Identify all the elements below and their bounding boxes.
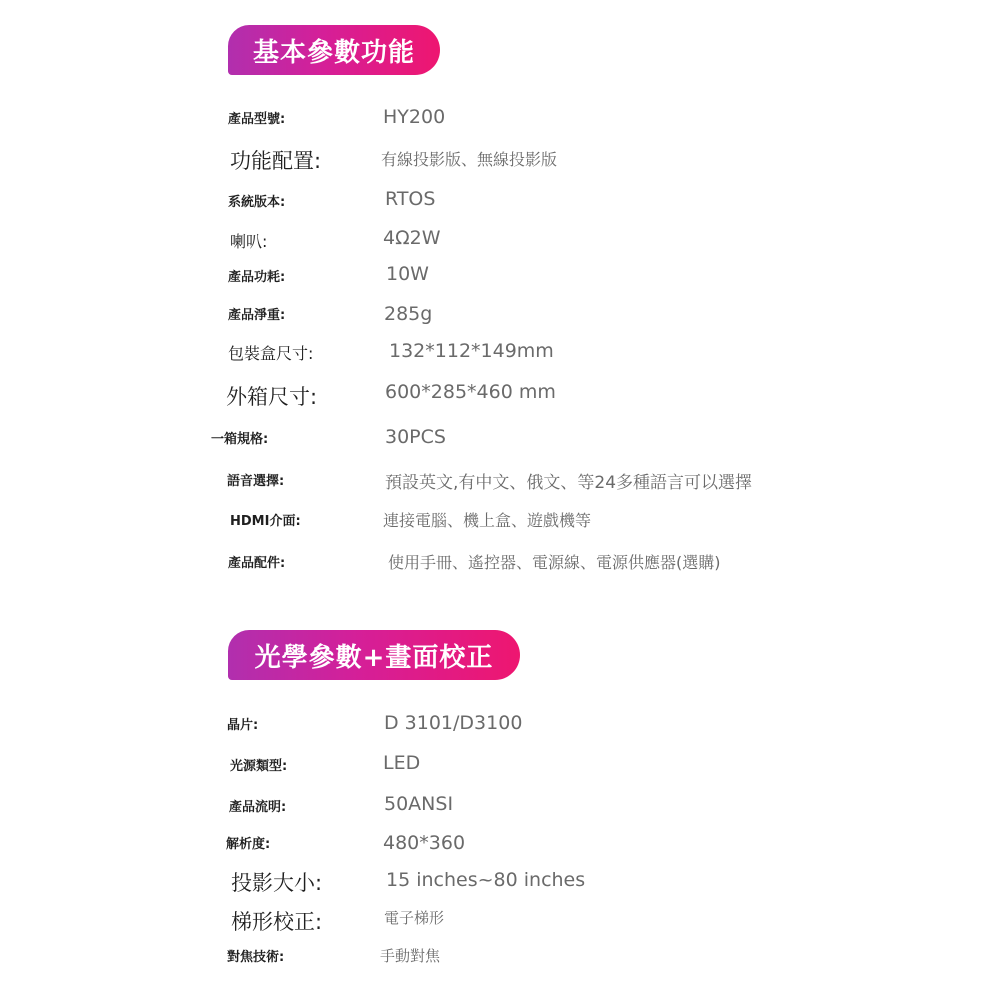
- spec-row-language: 語音選擇: 預設英文,有中文、俄文、等24多種語言可以選擇: [0, 467, 1000, 497]
- spec-row-focus: 對焦技術: 手動對焦: [0, 944, 1000, 974]
- spec-label: 外箱尺寸:: [226, 381, 317, 411]
- spec-row-power: 產品功耗: 10W: [0, 263, 1000, 293]
- spec-value: 連接電腦、機上盒、遊戲機等: [383, 508, 591, 531]
- spec-value: 132*112*149mm: [389, 340, 554, 362]
- spec-row-chip: 晶片: D 3101/D3100: [0, 712, 1000, 742]
- spec-value: D 3101/D3100: [384, 712, 522, 734]
- section-title-text: 基本參數功能: [253, 32, 415, 69]
- spec-value: 50ANSI: [384, 793, 453, 815]
- spec-label: 投影大小:: [231, 867, 322, 897]
- spec-label: 產品功耗:: [228, 266, 285, 285]
- spec-row-light-source: 光源類型: LED: [0, 752, 1000, 782]
- spec-row-carton-size: 外箱尺寸: 600*285*460 mm: [0, 381, 1000, 411]
- spec-value: 600*285*460 mm: [385, 381, 556, 403]
- spec-value: 285g: [384, 303, 432, 325]
- section-title-text: 光學參數+畫面校正: [255, 637, 494, 674]
- spec-label: 解析度:: [226, 833, 270, 852]
- spec-value: 電子梯形: [384, 907, 444, 928]
- spec-row-weight: 產品淨重: 285g: [0, 303, 1000, 333]
- spec-label: 功能配置:: [230, 145, 321, 175]
- spec-label: 對焦技術:: [227, 946, 284, 965]
- section-title-optical-params: 光學參數+畫面校正: [228, 630, 520, 680]
- spec-value: 預設英文,有中文、俄文、等24多種語言可以選擇: [385, 468, 752, 493]
- spec-row-lumens: 產品流明: 50ANSI: [0, 793, 1000, 823]
- spec-label: 語音選擇:: [227, 470, 284, 489]
- spec-value: 10W: [386, 263, 429, 285]
- spec-row-system: 系統版本: RTOS: [0, 188, 1000, 218]
- spec-label: 系統版本:: [228, 191, 285, 210]
- spec-label: HDMI介面:: [230, 510, 301, 529]
- spec-label: 梯形校正:: [231, 906, 322, 936]
- spec-value: 4Ω2W: [383, 227, 440, 249]
- spec-row-carton-qty: 一箱規格: 30PCS: [0, 426, 1000, 456]
- spec-row-hdmi: HDMI介面: 連接電腦、機上盒、遊戲機等: [0, 508, 1000, 538]
- spec-row-keystone: 梯形校正: 電子梯形: [0, 906, 1000, 936]
- spec-value: 480*360: [383, 832, 465, 854]
- spec-value: 有線投影版、無線投影版: [381, 147, 557, 170]
- spec-value: LED: [383, 752, 420, 774]
- spec-row-config: 功能配置: 有線投影版、無線投影版: [0, 145, 1000, 175]
- spec-label: 光源類型:: [230, 755, 287, 774]
- spec-row-box-size: 包裝盒尺寸: 132*112*149mm: [0, 340, 1000, 370]
- spec-row-resolution: 解析度: 480*360: [0, 832, 1000, 862]
- section-title-basic-params: 基本參數功能: [228, 25, 440, 75]
- spec-label: 一箱規格:: [211, 428, 268, 447]
- spec-row-speaker: 喇叭: 4Ω2W: [0, 227, 1000, 257]
- spec-label: 喇叭:: [230, 229, 267, 252]
- spec-label: 晶片:: [227, 714, 258, 733]
- spec-value: 15 inches~80 inches: [386, 869, 585, 891]
- spec-label: 產品淨重:: [228, 304, 285, 323]
- spec-label: 包裝盒尺寸:: [228, 341, 313, 364]
- spec-row-model: 產品型號: HY200: [0, 106, 1000, 136]
- spec-value: HY200: [383, 106, 445, 128]
- spec-label: 產品型號:: [228, 108, 285, 127]
- spec-value: 手動對焦: [380, 945, 440, 966]
- spec-label: 產品配件:: [228, 552, 285, 571]
- spec-row-accessories: 產品配件: 使用手冊、遙控器、電源線、電源供應器(選購): [0, 549, 1000, 579]
- spec-row-projection-size: 投影大小: 15 inches~80 inches: [0, 867, 1000, 897]
- spec-value: 30PCS: [385, 426, 446, 448]
- spec-label: 產品流明:: [229, 796, 286, 815]
- spec-value: RTOS: [385, 188, 435, 210]
- spec-value: 使用手冊、遙控器、電源線、電源供應器(選購): [388, 550, 721, 573]
